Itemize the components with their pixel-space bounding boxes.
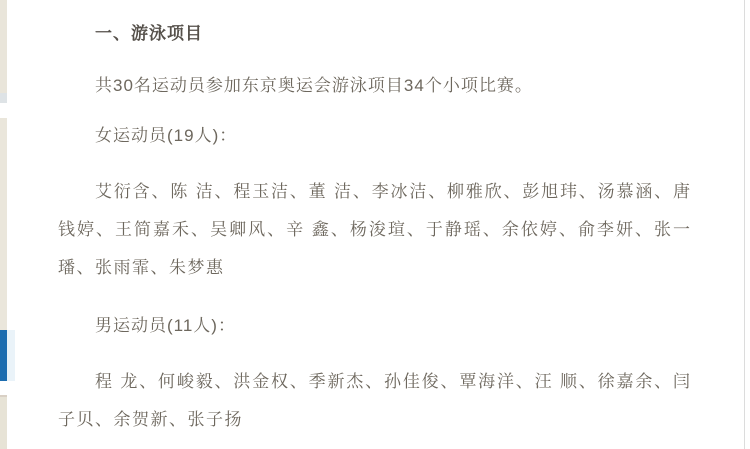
intro-sentence: 共30名运动员参加东京奥运会游泳项目34个小项比赛。 bbox=[58, 67, 690, 105]
women-name-line: 钱婷、王简嘉禾、吴卿风、辛 鑫、杨浚瑄、于静瑶、余依婷、俞李妍、张一 bbox=[58, 211, 690, 249]
left-edge-strip-gray bbox=[0, 93, 7, 103]
women-name-list: 艾衍含、陈 洁、程玉洁、董 洁、李冰洁、柳雅欣、彭旭玮、汤慕涵、唐 钱婷、王简嘉… bbox=[58, 173, 690, 287]
page-right-border bbox=[744, 0, 745, 449]
men-name-line: 子贝、余贺新、张子扬 bbox=[58, 401, 690, 439]
men-name-line: 程 龙、何峻毅、洪金权、季新杰、孙佳俊、覃海洋、汪 顺、徐嘉余、闫 bbox=[58, 363, 690, 401]
left-edge-strip-top bbox=[0, 0, 7, 93]
section-heading: 一、游泳项目 bbox=[58, 24, 690, 44]
women-name-line: 艾衍含、陈 洁、程玉洁、董 洁、李冰洁、柳雅欣、彭旭玮、汤慕涵、唐 bbox=[58, 173, 690, 211]
left-edge-strip-middle bbox=[0, 118, 7, 330]
women-name-line: 璠、张雨霏、朱梦惠 bbox=[58, 249, 690, 287]
men-name-list: 程 龙、何峻毅、洪金权、季新杰、孙佳俊、覃海洋、汪 顺、徐嘉余、闫 子贝、余贺新… bbox=[58, 363, 690, 439]
left-edge-blue-bar bbox=[0, 330, 7, 381]
men-group-label: 男运动员(11人)： bbox=[58, 307, 690, 345]
left-edge-strip-bottom bbox=[0, 395, 7, 449]
article-body: 一、游泳项目 共30名运动员参加东京奥运会游泳项目34个小项比赛。 女运动员(1… bbox=[58, 0, 690, 439]
women-group-label: 女运动员(19人)： bbox=[58, 117, 690, 155]
